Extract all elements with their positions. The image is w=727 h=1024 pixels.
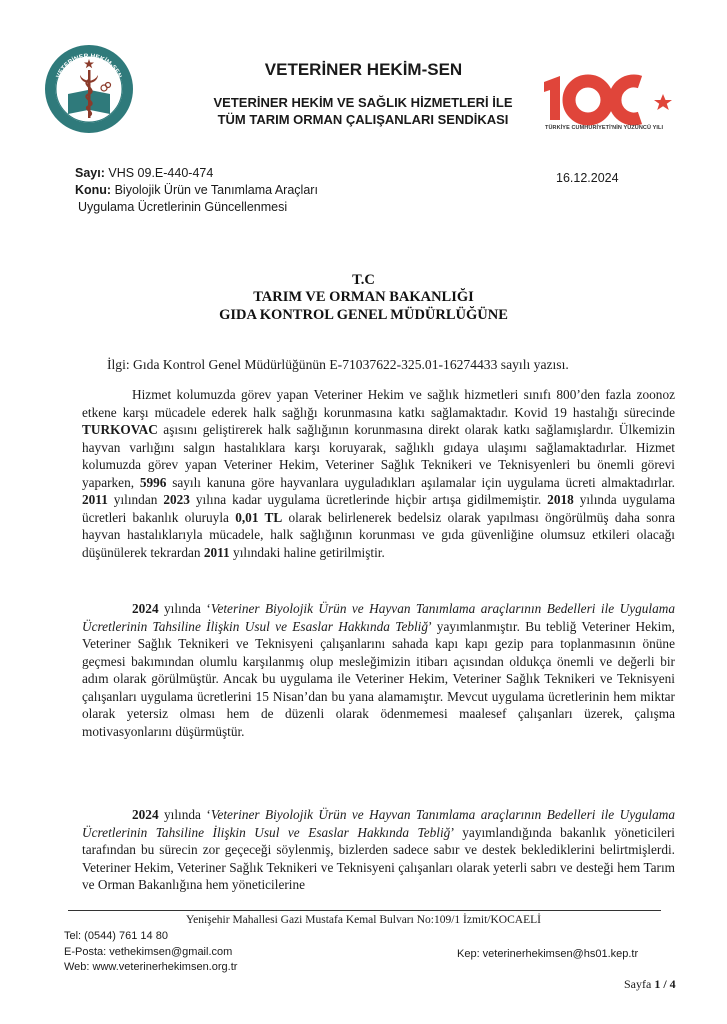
recipient-line2: TARIM VE ORMAN BAKANLIĞI	[0, 289, 727, 306]
konu-value-line2: Uygulama Ücretlerinin Güncellenmesi	[78, 200, 287, 214]
konu-label: Konu:	[75, 183, 111, 197]
org-subtitle-line2: TÜM TARIM ORMAN ÇALIŞANLARI SENDİKASI	[188, 112, 538, 127]
union-logo: VETERİNER HEKİM-SEN	[44, 44, 134, 134]
footer-kep-address: Kep: veterinerhekimsen@hs01.kep.tr	[457, 948, 638, 960]
body-paragraph-1: Hizmet kolumuzda görev yapan Veteriner H…	[82, 386, 675, 561]
footer-email: E-Posta: vethekimsen@gmail.com	[64, 946, 232, 958]
subject: Konu: Biyolojik Ürün ve Tanımlama Araçla…	[75, 183, 318, 197]
document-date: 16.12.2024	[556, 171, 619, 185]
footer-phone: Tel: (0544) 761 14 80	[64, 930, 168, 942]
centenary-caption: TÜRKİYE CUMHURİYETİ'NİN YÜZÜNCÜ YILI	[545, 125, 663, 131]
page-label: Sayfa	[624, 977, 651, 991]
org-subtitle-line1: VETERİNER HEKİM VE SAĞLIK HİZMETLERİ İLE	[188, 95, 538, 110]
footer-address: Yenişehir Mahallesi Gazi Mustafa Kemal B…	[0, 914, 727, 926]
body-paragraph-3: 2024 yılında ‘Veteriner Biyolojik Ürün v…	[82, 806, 675, 894]
body-paragraph-2: 2024 yılında ‘Veteriner Biyolojik Ürün v…	[82, 600, 675, 740]
recipient-line3: GIDA KONTROL GENEL MÜDÜRLÜĞÜNE	[0, 307, 727, 324]
sayi-value: VHS 09.E-440-474	[108, 166, 213, 180]
reference-line: İlgi: Gıda Kontrol Genel Müdürlüğünün E-…	[107, 357, 569, 373]
recipient-line1: T.C	[0, 272, 727, 289]
footer-website: Web: www.veterinerhekimsen.org.tr	[64, 961, 237, 973]
footer-divider	[68, 910, 661, 911]
page-total: 4	[670, 977, 676, 991]
org-name: VETERİNER HEKİM-SEN	[0, 60, 727, 80]
page-number: Sayfa 1 / 4	[624, 977, 676, 992]
reference-number: Sayı: VHS 09.E-440-474	[75, 166, 213, 180]
konu-value-line1: Biyolojik Ürün ve Tanımlama Araçları	[115, 183, 318, 197]
sayi-label: Sayı:	[75, 166, 105, 180]
